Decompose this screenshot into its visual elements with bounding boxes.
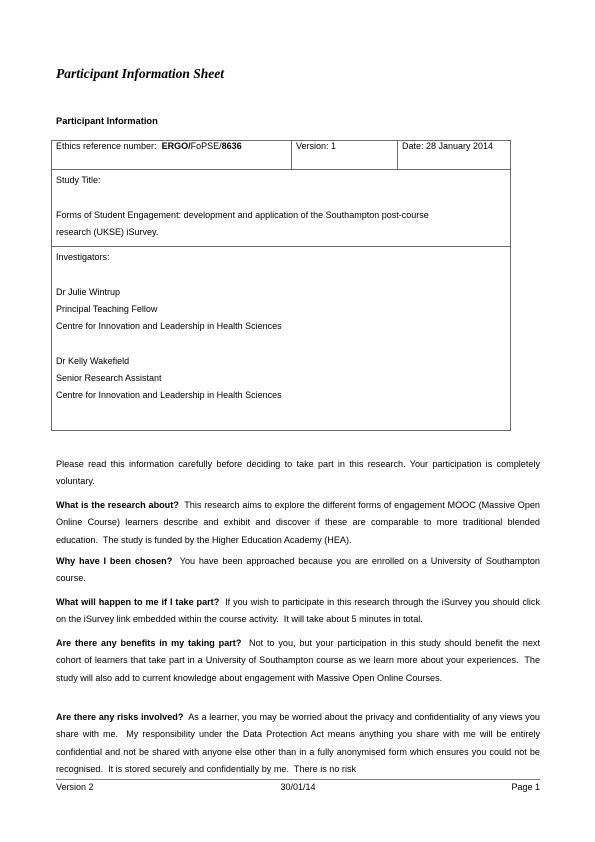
study-title-cell: Study Title: Forms of Student Engagement… xyxy=(52,170,511,247)
investigator-dept: Centre for Innovation and Leadership in … xyxy=(56,318,506,335)
ethics-ref-part2: FoPSE/ xyxy=(191,141,222,151)
section-heading: Participant Information xyxy=(56,116,158,126)
paragraph-research-about: What is the research about? This researc… xyxy=(56,497,540,549)
investigator-dept: Centre for Innovation and Leadership in … xyxy=(56,387,506,404)
page-footer: Version 2 30/01/14 Page 1 xyxy=(56,782,540,796)
investigators-row: Investigators: Dr Julie Wintrup Principa… xyxy=(52,247,511,431)
investigator-name: Dr Kelly Wakefield xyxy=(56,353,506,370)
paragraph-why-chosen: Why have I been chosen? You have been ap… xyxy=(56,553,540,588)
paragraph-heading: Are there any benefits in my taking part… xyxy=(56,638,241,648)
investigators-label: Investigators: xyxy=(56,249,506,266)
study-title-line-2: research (UKSE) iSurvey. xyxy=(56,224,506,241)
investigator-name: Dr Julie Wintrup xyxy=(56,284,506,301)
paragraph-heading: What is the research about? xyxy=(56,500,179,510)
investigator-role: Senior Research Assistant xyxy=(56,370,506,387)
table-header-row: Ethics reference number: ERGO/FoPSE/8636… xyxy=(52,141,511,170)
investigators-cell: Investigators: Dr Julie Wintrup Principa… xyxy=(52,247,511,431)
footer-date: 30/01/14 xyxy=(56,782,540,792)
footer-divider xyxy=(56,779,540,780)
paragraph-text: Please read this information carefully b… xyxy=(56,456,540,491)
date-cell: Date: 28 January 2014 xyxy=(398,141,511,170)
version-cell: Version: 1 xyxy=(292,141,398,170)
paragraph-benefits: Are there any benefits in my taking part… xyxy=(56,635,540,687)
paragraph-risks: Are there any risks involved? As a learn… xyxy=(56,709,540,778)
ethics-reference-cell: Ethics reference number: ERGO/FoPSE/8636 xyxy=(52,141,292,170)
study-title-label: Study Title: xyxy=(56,172,506,189)
paragraph-heading: Why have I been chosen? xyxy=(56,556,172,566)
paragraph-what-will-happen: What will happen to me if I take part? I… xyxy=(56,594,540,629)
ethics-label: Ethics reference number: xyxy=(56,141,162,151)
study-title-line-1: Forms of Student Engagement: development… xyxy=(56,207,506,224)
paragraph-heading: Are there any risks involved? xyxy=(56,712,183,722)
study-title-row: Study Title: Forms of Student Engagement… xyxy=(52,170,511,247)
ethics-ref-part1: ERGO/ xyxy=(162,141,191,151)
footer-page-number: Page 1 xyxy=(511,782,540,792)
document-title: Participant Information Sheet xyxy=(56,66,224,82)
paragraph-heading: What will happen to me if I take part? xyxy=(56,597,219,607)
participant-info-table: Ethics reference number: ERGO/FoPSE/8636… xyxy=(51,140,511,431)
investigator-role: Principal Teaching Fellow xyxy=(56,301,506,318)
paragraph-intro: Please read this information carefully b… xyxy=(56,456,540,491)
ethics-ref-part3: 8636 xyxy=(222,141,242,151)
